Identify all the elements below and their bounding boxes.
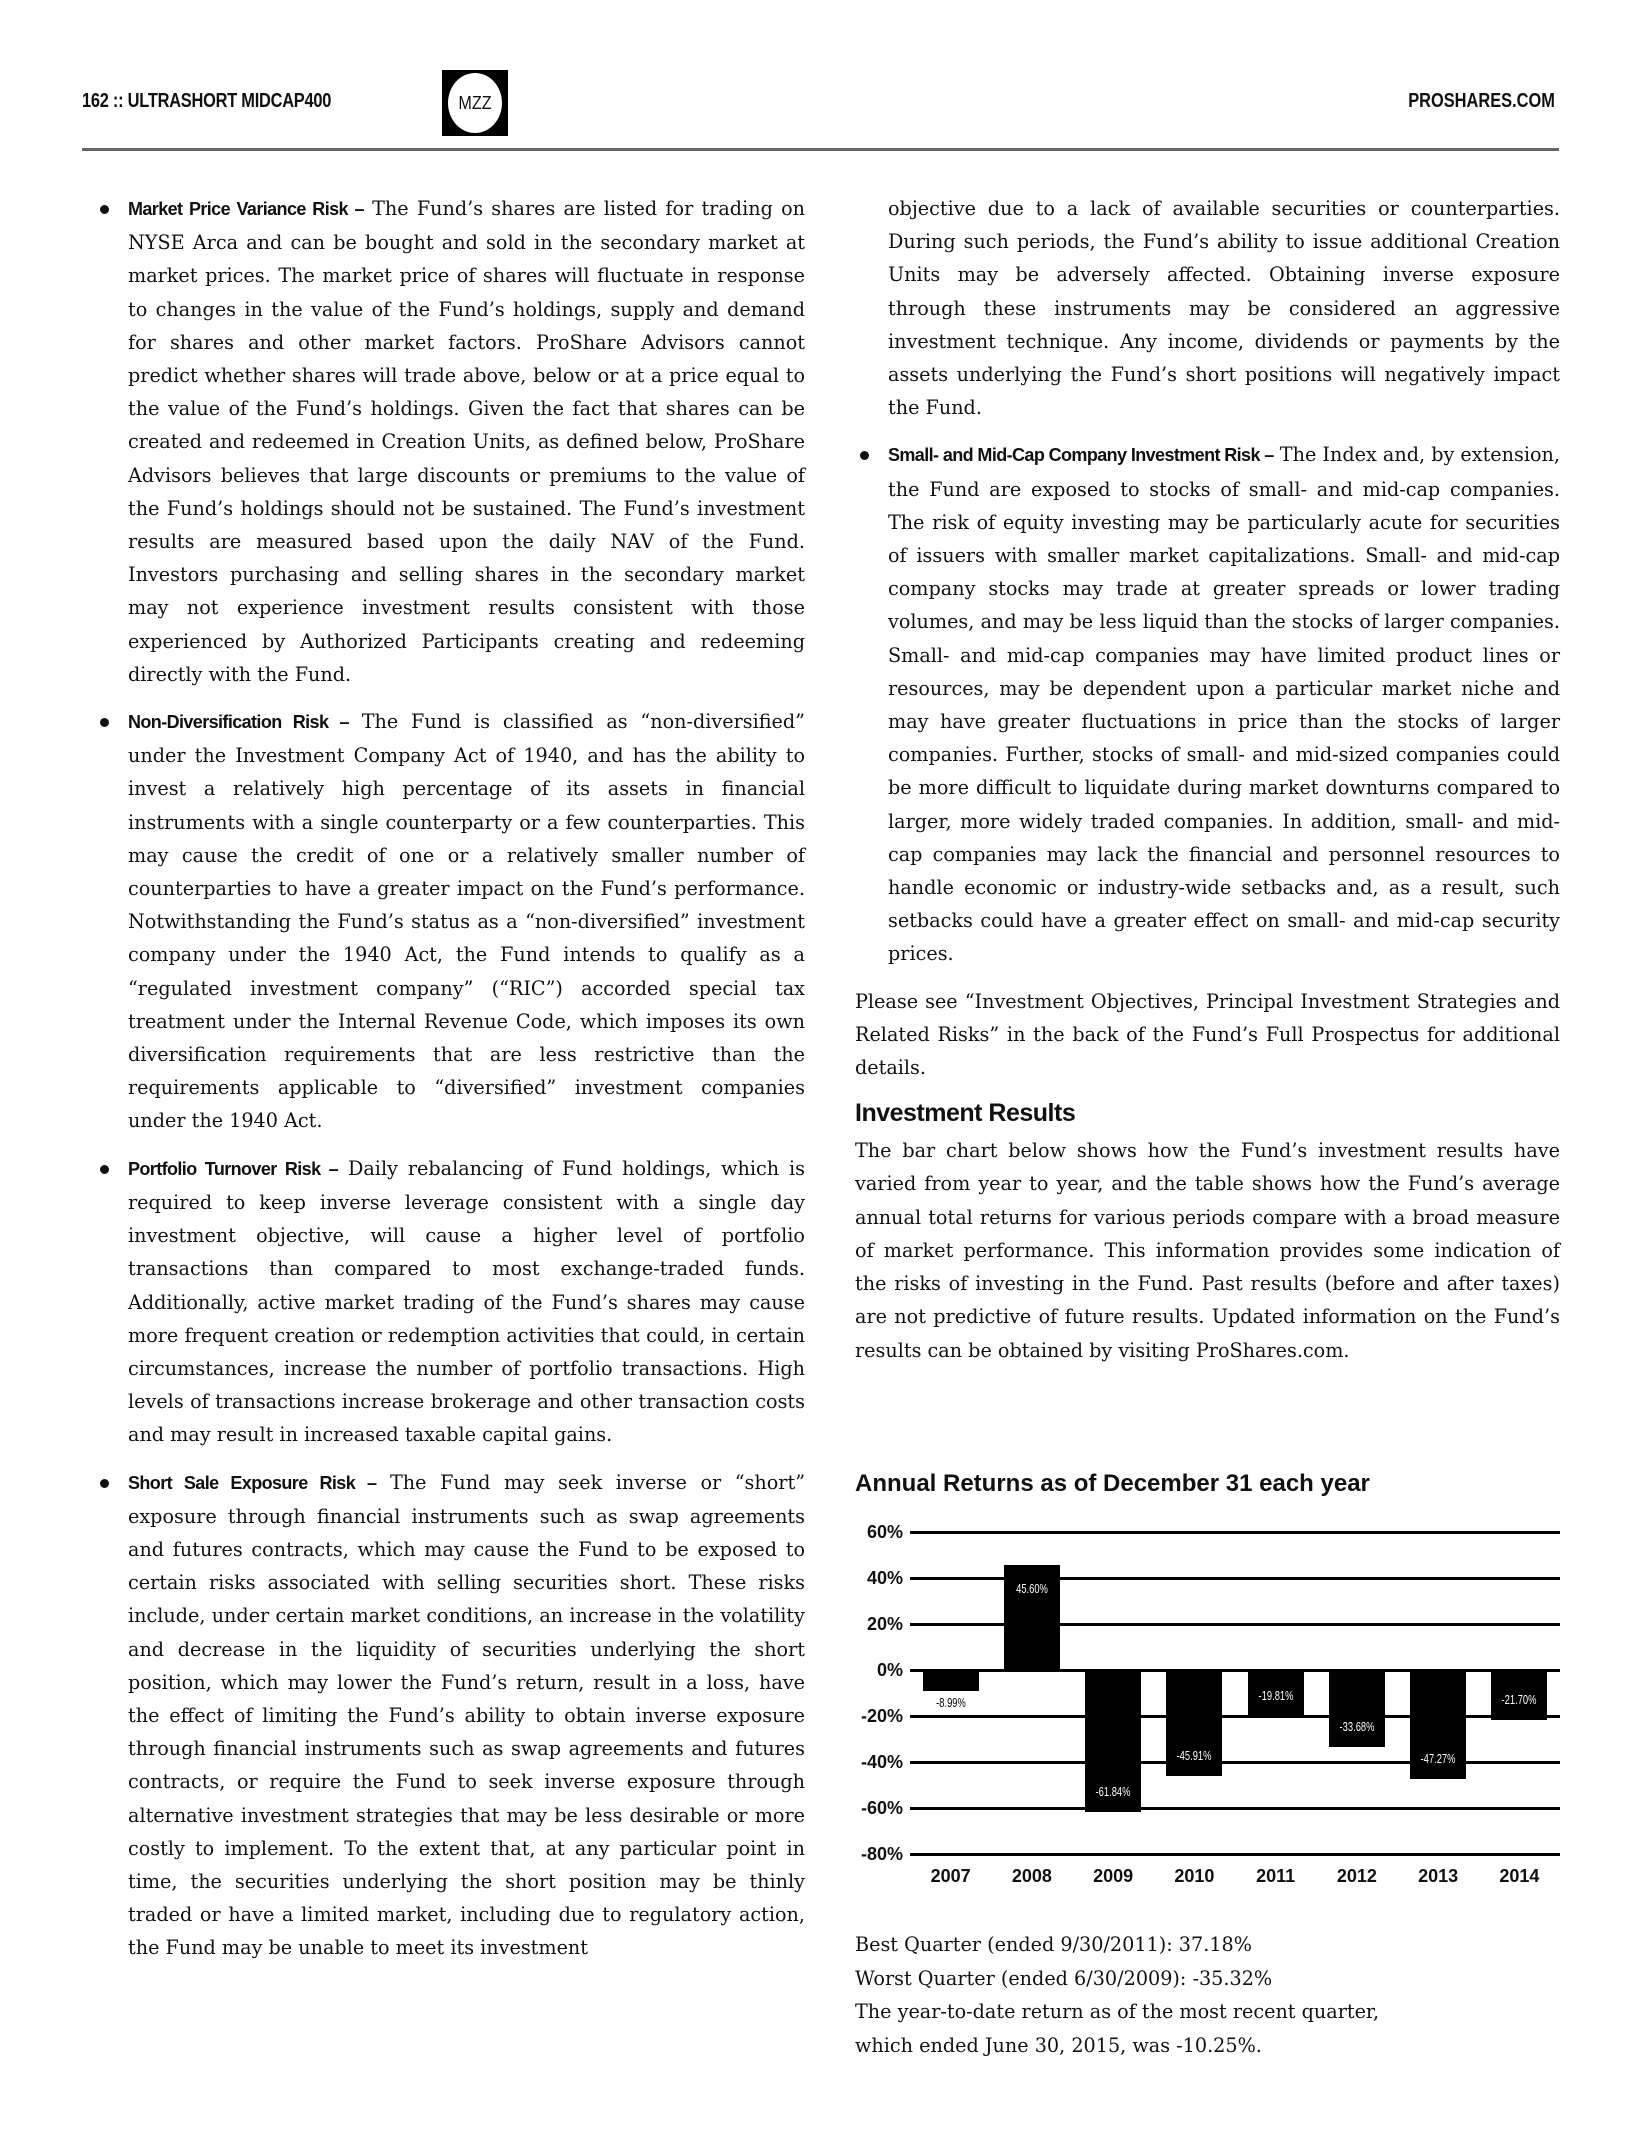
bar-value-label: 45.60%: [1003, 1581, 1061, 1596]
bar-value-label: -33.68%: [1328, 1719, 1386, 1734]
risk-title: Short Sale Exposure Risk –: [128, 1473, 376, 1493]
annual-returns-chart: Annual Returns as of December 31 each ye…: [855, 1470, 1560, 1890]
bar-value-label: -21.70%: [1491, 1692, 1549, 1707]
bar-value-label: -61.84%: [1084, 1784, 1142, 1799]
y-tick-label: 60%: [855, 1522, 903, 1542]
risk-title: Non-Diversification Risk –: [128, 712, 349, 732]
risk-item-short-sale-exposure: Short Sale Exposure Risk – The Fund may …: [95, 1466, 805, 1965]
gridline: [910, 1807, 1560, 1810]
ticker-logo: MZZ: [442, 70, 508, 136]
x-tick-label: 2010: [1159, 1866, 1229, 1887]
section-paragraph: The bar chart below shows how the Fund’s…: [855, 1134, 1560, 1366]
y-tick-label: -40%: [855, 1752, 903, 1772]
ytd-return-line-1: The year-to-date return as of the most r…: [855, 1995, 1560, 2029]
risk-item-market-price-variance: Market Price Variance Risk – The Fund’s …: [95, 192, 805, 691]
y-tick-label: -80%: [855, 1844, 903, 1864]
bar-value-label: -19.81%: [1247, 1688, 1305, 1703]
risk-title: Small- and Mid-Cap Company Investment Ri…: [888, 445, 1274, 465]
section-heading: Investment Results: [855, 1098, 1560, 1128]
gridline: [910, 1531, 1560, 1534]
y-tick-label: -60%: [855, 1798, 903, 1818]
header-divider: [82, 148, 1559, 151]
y-tick-label: -20%: [855, 1706, 903, 1726]
risk-text: Daily rebalancing of Fund holdings, whic…: [128, 1157, 805, 1447]
page-header-label: 162 :: ULTRASHORT MIDCAP400: [82, 90, 331, 113]
risk-item-non-diversification: Non-Diversification Risk – The Fund is c…: [95, 705, 805, 1138]
risk-text: objective due to a lack of available sec…: [888, 197, 1560, 419]
x-tick-label: 2007: [916, 1866, 986, 1887]
chart-title: Annual Returns as of December 31 each ye…: [855, 1470, 1370, 1498]
x-tick-label: 2009: [1078, 1866, 1148, 1887]
x-tick-label: 2011: [1241, 1866, 1311, 1887]
ytd-return-line-2: which ended June 30, 2015, was -10.25%.: [855, 2029, 1560, 2063]
x-tick-label: 2014: [1484, 1866, 1554, 1887]
bar-2007: [923, 1670, 979, 1691]
y-tick-label: 0%: [855, 1660, 903, 1680]
x-tick-label: 2008: [997, 1866, 1067, 1887]
y-tick-label: 40%: [855, 1568, 903, 1588]
see-also-paragraph: Please see “Investment Objectives, Princ…: [855, 985, 1560, 1085]
risk-item-continuation: objective due to a lack of available sec…: [855, 192, 1560, 424]
best-quarter: Best Quarter (ended 9/30/2011): 37.18%: [855, 1928, 1560, 1962]
risk-text: The Fund’s shares are listed for trading…: [128, 197, 805, 686]
ticker-logo-text: MZZ: [448, 73, 502, 133]
bar-2012: [1329, 1670, 1385, 1747]
x-tick-label: 2012: [1322, 1866, 1392, 1887]
risk-text: The Fund may seek inverse or “short” exp…: [128, 1471, 805, 1960]
risk-item-small-mid-cap: Small- and Mid-Cap Company Investment Ri…: [855, 438, 1560, 970]
quarter-stats: Best Quarter (ended 9/30/2011): 37.18% W…: [855, 1928, 1560, 2062]
risk-item-portfolio-turnover: Portfolio Turnover Risk – Daily rebalanc…: [95, 1152, 805, 1452]
bar-value-label: -47.27%: [1409, 1751, 1467, 1766]
bar-value-label: -8.99%: [922, 1695, 980, 1710]
risk-text: The Fund is classified as “non-diversifi…: [128, 710, 805, 1132]
right-column: objective due to a lack of available sec…: [855, 192, 1560, 1379]
worst-quarter: Worst Quarter (ended 6/30/2009): -35.32%: [855, 1962, 1560, 1996]
x-tick-label: 2013: [1403, 1866, 1473, 1887]
gridline: [910, 1853, 1560, 1856]
left-column: Market Price Variance Risk – The Fund’s …: [95, 192, 805, 1979]
y-tick-label: 20%: [855, 1614, 903, 1634]
bar-value-label: -45.91%: [1166, 1748, 1224, 1763]
risk-text: The Index and, by extension, the Fund ar…: [888, 443, 1560, 965]
risk-title: Market Price Variance Risk –: [128, 199, 364, 219]
site-name: PROSHARES.COM: [1408, 90, 1555, 113]
risk-title: Portfolio Turnover Risk –: [128, 1159, 338, 1179]
